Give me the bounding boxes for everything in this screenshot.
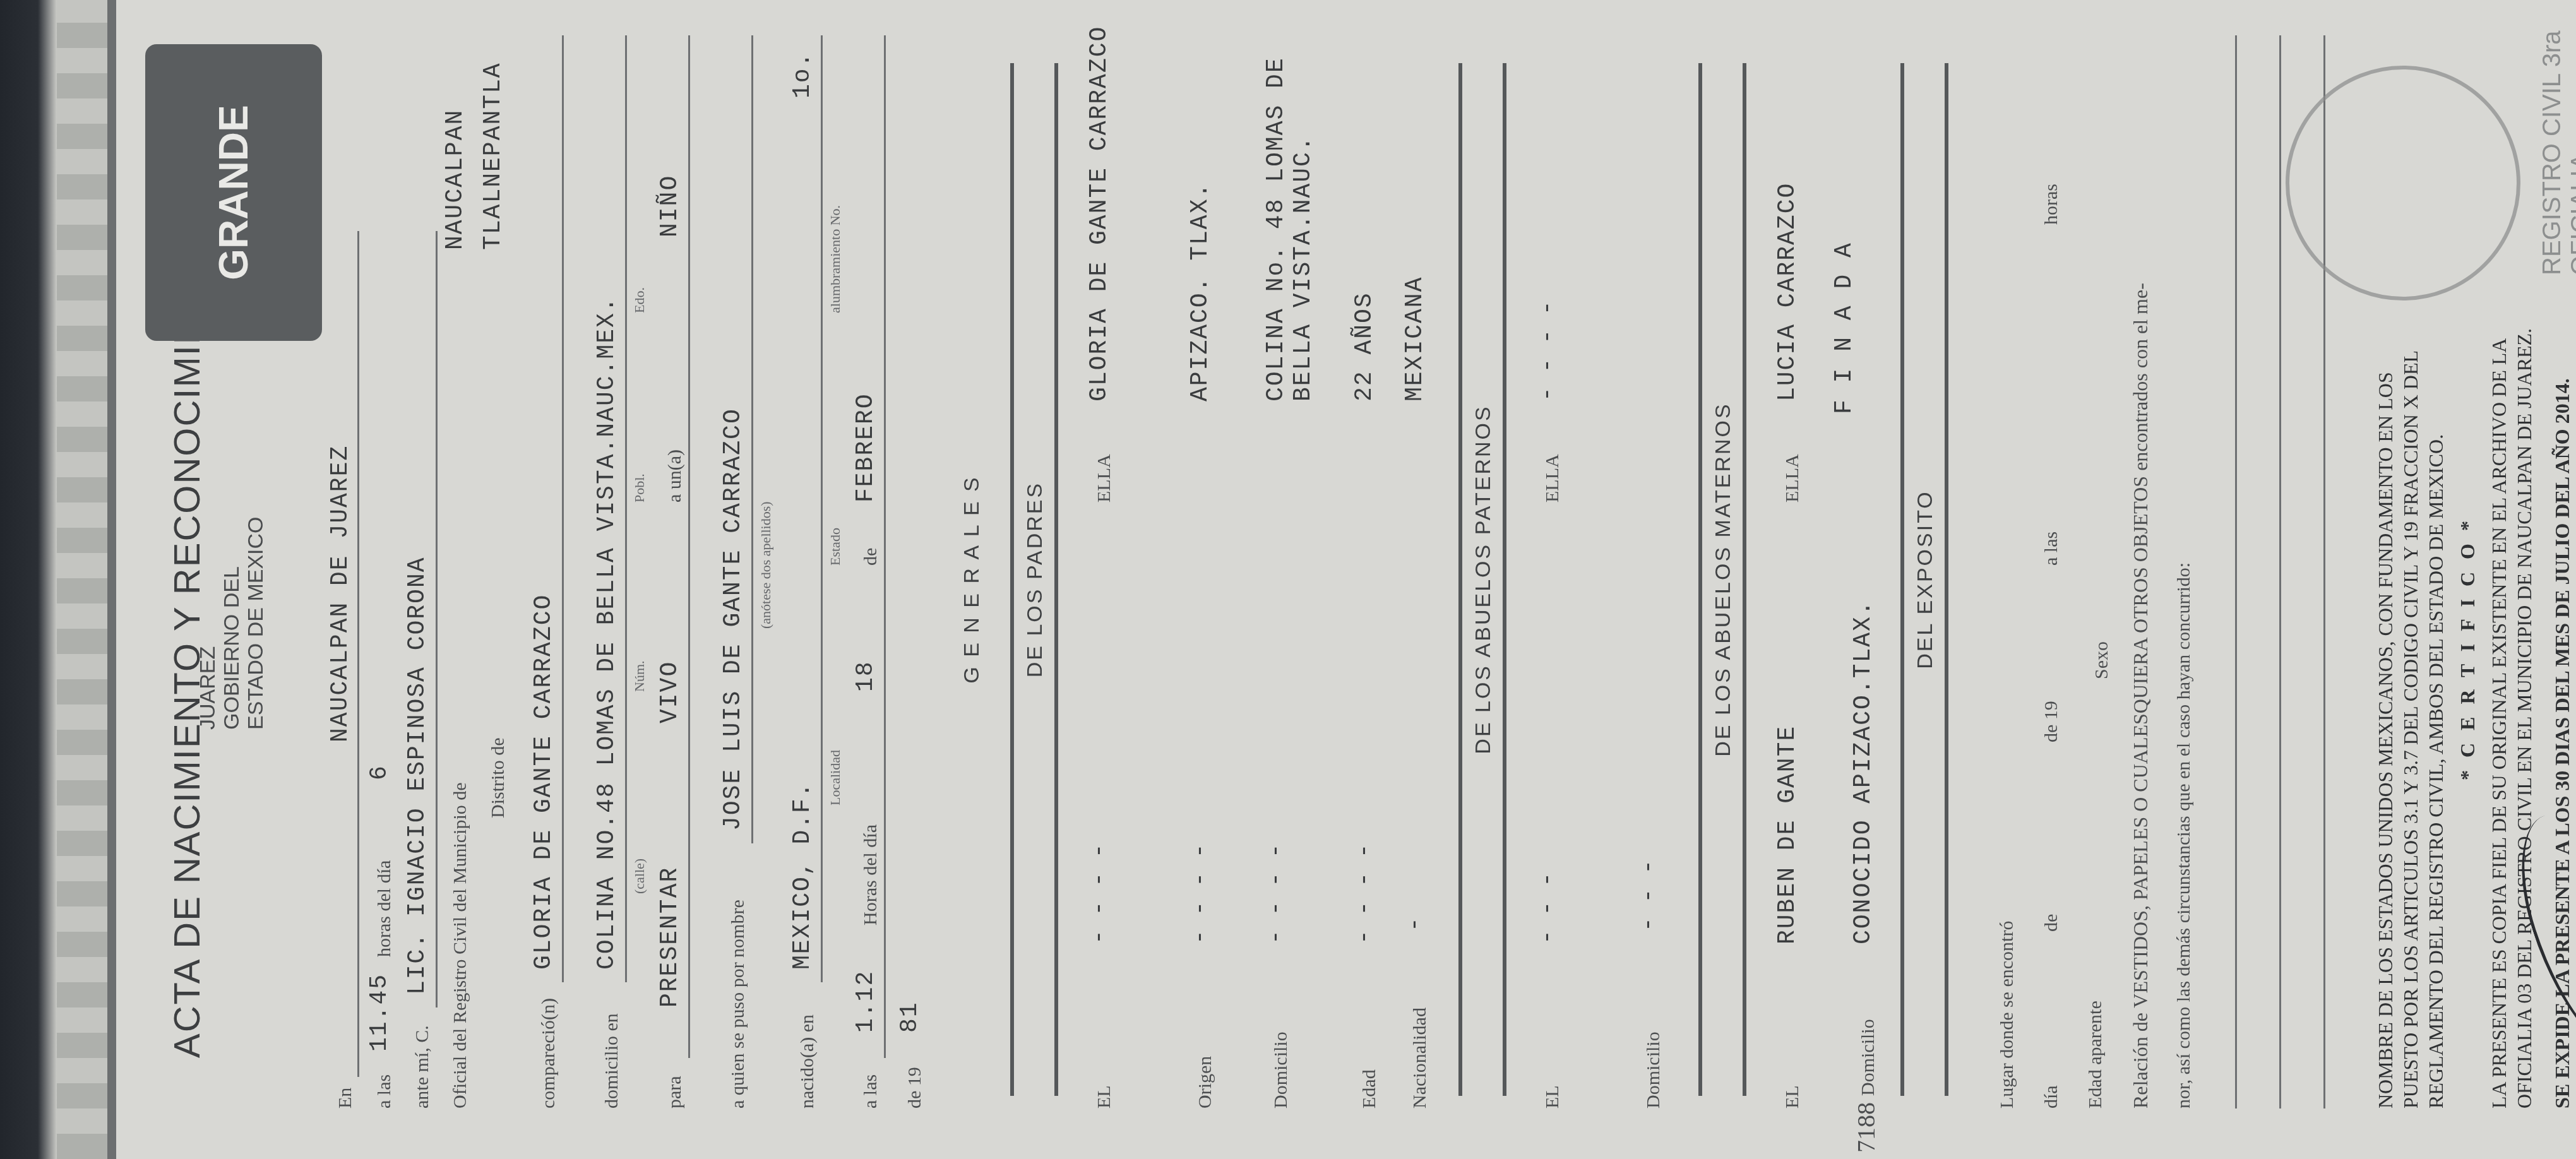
domicilio-madre-value: COLINA No. 48 LOMAS DE BELLA VISTA.NAUC. xyxy=(1263,0,1317,401)
label-anio: de 19 xyxy=(904,1067,926,1108)
relacion-text: Relación de VESTIDOS, PAPELES O CUALESQU… xyxy=(2129,283,2152,1108)
dia-value: 6 xyxy=(366,764,393,780)
label-de: de xyxy=(860,548,881,566)
label-domicilio-maternos: Domicilio xyxy=(1857,1019,1879,1096)
decorative-border xyxy=(57,0,116,1159)
sublabel-localidad: Localidad xyxy=(827,750,844,805)
label-domicilio-paternos: Domicilio xyxy=(1643,1031,1664,1108)
origen-padre-value: - - - - xyxy=(1187,843,1214,944)
label-abuela-materna: ELLA xyxy=(1782,454,1803,502)
nombre-hint: (anótese dos apellidos) xyxy=(758,501,774,629)
domicilio-maternos-value: CONOCIDO APIZACO.TLAX. xyxy=(1850,600,1877,944)
label-horas-exp: horas xyxy=(2041,184,2062,225)
label-un: a un(a) xyxy=(664,449,686,502)
label-a-las: a las xyxy=(860,1074,881,1108)
municipio-value: NAUCALPAN xyxy=(442,109,469,250)
abuela-materna-value: LUCIA CARRAZCO xyxy=(1774,182,1801,401)
domicilio-padre-value: - - - - xyxy=(1263,843,1290,944)
label-abuelo-paterno: EL xyxy=(1542,1085,1563,1108)
government-header: JUAREZ GOBIERNO DEL ESTADO DE MEXICO xyxy=(196,516,268,730)
birth-certificate: ACTA DE NACIMIENTO Y RECONOCIMIENTO JUAR… xyxy=(57,0,2576,1159)
label-edad-aparente: Edad aparente xyxy=(2085,1001,2106,1108)
rule-thick xyxy=(1900,63,1904,1096)
label-edad: Edad xyxy=(1359,1069,1380,1108)
gov-line-3: ESTADO DE MEXICO xyxy=(244,516,268,730)
abuelo-paterno-value: - - - xyxy=(1534,872,1561,944)
padres-title: DE LOS PADRES xyxy=(1023,25,1047,1134)
finada-value: F I N A D A xyxy=(1831,242,1858,414)
label-nacionalidad: Nacionalidad xyxy=(1409,1007,1431,1108)
grande-stamp: GRANDE xyxy=(145,44,322,341)
edad-madre-value: 22 AÑOS xyxy=(1351,292,1378,401)
sublabel-estado: Estado xyxy=(827,528,844,566)
label-horas-dia: Horas del día xyxy=(860,824,881,925)
stamp-text: GRANDE xyxy=(210,105,257,280)
rule-thick xyxy=(1054,63,1058,1096)
label-lugar: Lugar donde se encontró xyxy=(1996,921,2018,1108)
label-abuela-paterna: ELLA xyxy=(1542,454,1563,502)
abuelos-maternos-title: DE LOS ABUELOS MATERNOS xyxy=(1711,25,1736,1134)
label-horas: horas del día xyxy=(374,860,395,957)
label-padre: EL xyxy=(1094,1085,1115,1108)
nacionalidad-madre-value: MEXICANA xyxy=(1402,276,1429,401)
gov-line-1: JUAREZ xyxy=(196,516,220,730)
sublabel-num: Núm. xyxy=(631,661,648,692)
label-municipio: Oficial del Registro Civil del Municipio… xyxy=(450,782,471,1108)
generales-title: G E N E R A L E S xyxy=(960,25,984,1134)
rule xyxy=(357,231,359,1077)
domicilio-paternos-value: - - - xyxy=(1635,860,1662,932)
label-a-las-exp: a las xyxy=(2041,532,2062,566)
label-abuelo-materno: EL xyxy=(1782,1085,1803,1108)
rule-thick xyxy=(1458,63,1462,1096)
rule-thick xyxy=(1945,63,1948,1096)
label-ante: ante mí, C. xyxy=(412,1025,433,1108)
rule-thick xyxy=(1743,63,1746,1096)
label-de-exp: de xyxy=(2041,914,2062,932)
nino-value: NIÑO xyxy=(657,175,684,237)
label-en: En xyxy=(335,1088,356,1108)
rule-thick xyxy=(1010,63,1014,1096)
label-para: para xyxy=(664,1076,686,1108)
label-distrito: Distrito de xyxy=(487,738,509,819)
madre-value: GLORIA DE GANTE CARRAZCO xyxy=(1086,23,1113,401)
relacion-text-2: nor, así como las demás circunstancias q… xyxy=(2173,562,2195,1108)
abuelo-materno-value: RUBEN DE GANTE xyxy=(1774,725,1801,944)
abuelos-paternos-title: DE LOS ABUELOS PATERNOS xyxy=(1471,25,1496,1134)
distrito-value: TLALNEPANTLA xyxy=(480,62,507,250)
origen-madre-value: APIZACO. TLAX. xyxy=(1187,182,1214,401)
label-domicilio: domicilio en xyxy=(601,1013,623,1108)
comparece-value: GLORIA DE GANTE CARRAZCO xyxy=(530,594,558,970)
gov-line-2: GOBIERNO DEL xyxy=(220,516,244,730)
sublabel-calle: (calle) xyxy=(631,859,648,894)
alumbramiento-value: 1o. xyxy=(789,52,816,98)
rule xyxy=(2235,35,2237,1108)
mes-value: FEBRERO xyxy=(852,393,880,502)
rule xyxy=(688,35,690,1058)
nacionalidad-padre-value: - xyxy=(1402,917,1429,932)
rule xyxy=(751,35,753,843)
hora-value: 11.45 xyxy=(366,973,393,1052)
rule xyxy=(562,35,564,982)
exposito-title: DEL EXPOSITO xyxy=(1913,25,1938,1134)
rule xyxy=(625,35,627,982)
label-comparece: compareció(n) xyxy=(538,998,559,1108)
sublabel-edo: Edo. xyxy=(631,287,648,313)
rule xyxy=(884,35,886,1058)
anio-value: 81 xyxy=(897,1001,924,1033)
label-dia: día xyxy=(2041,1085,2062,1108)
edad-padre-value: - - - - xyxy=(1351,843,1378,944)
label-nombre: a quien se puso por nombre xyxy=(727,900,749,1108)
label-origen: Origen xyxy=(1195,1056,1216,1108)
rule-thick xyxy=(1503,63,1506,1096)
registro-civil-stamp: REGISTRO CIVIL 3ra OFICIALIA xyxy=(2538,25,2576,275)
label-nacido: nacido(a) en xyxy=(797,1014,818,1108)
label-madre: ELLA xyxy=(1094,454,1115,502)
nacido-value: MEXICO, D.F. xyxy=(789,782,816,970)
label-sexo: Sexo xyxy=(2091,641,2113,679)
lugar-value: NAUCALPAN DE JUAREZ xyxy=(327,445,354,742)
rule xyxy=(436,231,438,1007)
nombre-value: JOSE LUIS DE GANTE CARRAZCO xyxy=(720,408,747,831)
official-seal-icon xyxy=(2286,66,2520,300)
a-las-value: 1.12 xyxy=(852,970,880,1033)
presentar-value: PRESENTAR xyxy=(657,867,684,1007)
padre-value: - - - - xyxy=(1086,843,1113,944)
margin-number: 7188 xyxy=(1851,1102,1881,1153)
rule xyxy=(821,35,823,982)
abuela-paterna-value: - - - - xyxy=(1534,300,1561,401)
label-de19: de 19 xyxy=(2041,701,2062,742)
vivo-value: VIVO xyxy=(657,661,684,723)
label-domicilio-padres: Domicilio xyxy=(1270,1031,1292,1108)
domicilio-value: COLINA NO.48 LOMAS DE BELLA VISTA.NAUC.M… xyxy=(593,296,621,970)
oficial-value: LIC. IGNACIO ESPINOSA CORONA xyxy=(404,556,431,995)
rule-thick xyxy=(1698,63,1702,1096)
dia-nac-value: 18 xyxy=(852,660,880,692)
sublabel-pobl: Pobl. xyxy=(631,473,648,502)
sublabel-alumbramiento: alumbramiento No. xyxy=(827,205,844,313)
rule xyxy=(2279,35,2281,1108)
